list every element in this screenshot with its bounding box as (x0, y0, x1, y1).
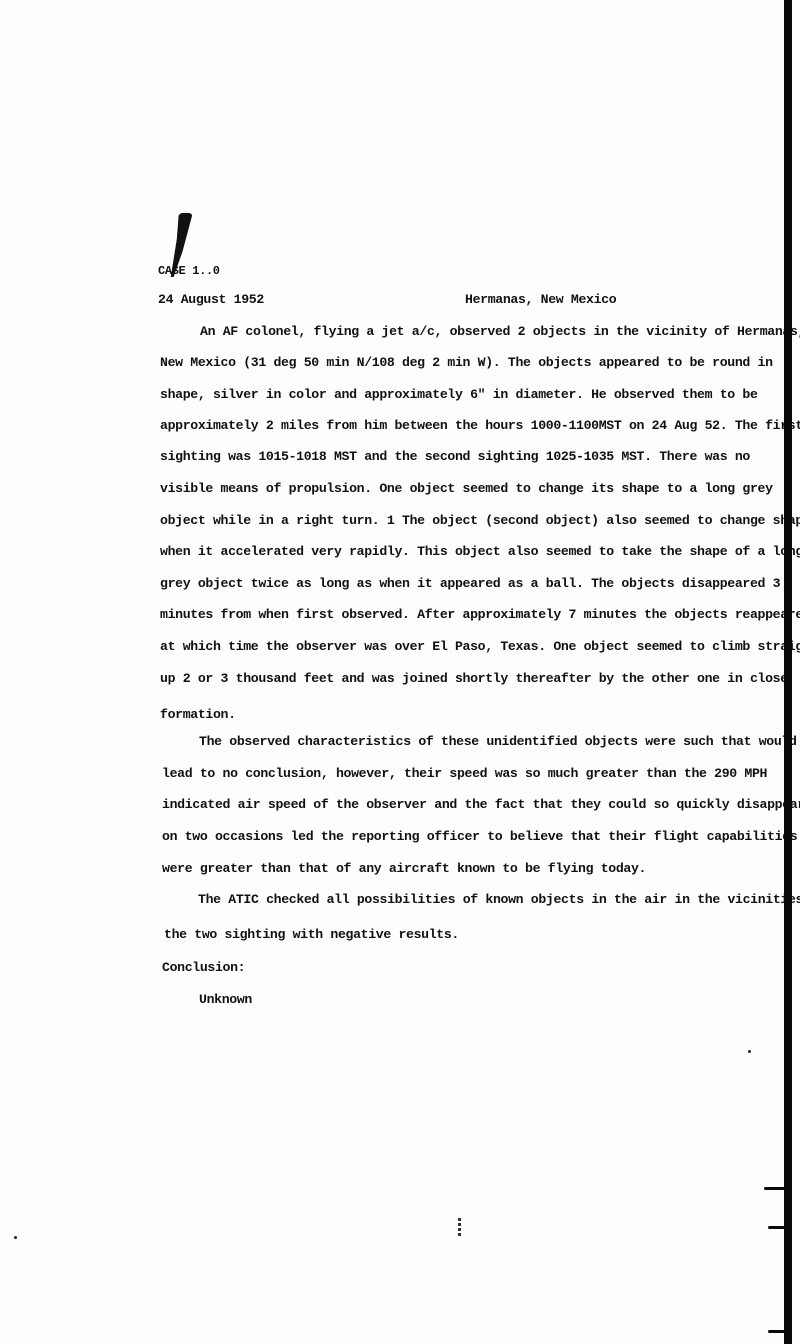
report-date: 24 August 1952 (158, 292, 264, 308)
para1-line5: sighting was 1015-1018 MST and the secon… (160, 449, 750, 465)
para2-line3: indicated air speed of the observer and … (162, 797, 800, 813)
para2-line5: were greater than that of any aircraft k… (162, 861, 646, 877)
report-location: Hermanas, New Mexico (465, 292, 616, 308)
para2-line2: lead to no conclusion, however, their sp… (162, 766, 767, 782)
para3-line2: the two sighting with negative results. (164, 927, 459, 943)
scan-edge-tick (764, 1187, 786, 1190)
para1-line11: at which time the observer was over El P… (160, 639, 800, 655)
para1-line6: visible means of propulsion. One object … (160, 481, 773, 497)
scan-speck (748, 1050, 751, 1053)
scan-speck (458, 1218, 461, 1238)
scan-edge-bar (784, 0, 792, 1344)
para1-line10: minutes from when first observed. After … (160, 607, 800, 623)
scan-edge-tick (768, 1226, 786, 1229)
para3-line1: The ATIC checked all possibilities of kn… (198, 892, 800, 908)
para1-line13: formation. (160, 707, 236, 723)
document-page: CASE 1..0 24 August 1952 Hermanas, New M… (0, 0, 800, 1344)
para2-line1: The observed characteristics of these un… (199, 734, 797, 750)
para1-line2: New Mexico (31 deg 50 min N/108 deg 2 mi… (160, 355, 773, 371)
para1-line4: approximately 2 miles from him between t… (160, 418, 800, 434)
para1-line7: object while in a right turn. 1 The obje… (160, 513, 800, 529)
para1-line1: An AF colonel, flying a jet a/c, observe… (200, 324, 800, 340)
conclusion-value: Unknown (199, 992, 252, 1008)
scan-edge-tick (768, 1330, 786, 1333)
para2-line4: on two occasions led the reporting offic… (162, 829, 797, 845)
para1-line12: up 2 or 3 thousand feet and was joined s… (160, 671, 788, 687)
para1-line9: grey object twice as long as when it app… (160, 576, 780, 592)
case-label: CASE 1..0 (158, 263, 220, 279)
para1-line8: when it accelerated very rapidly. This o… (160, 544, 800, 560)
para1-line3: shape, silver in color and approximately… (160, 387, 758, 403)
conclusion-label: Conclusion: (162, 960, 245, 976)
scan-speck (14, 1236, 17, 1239)
